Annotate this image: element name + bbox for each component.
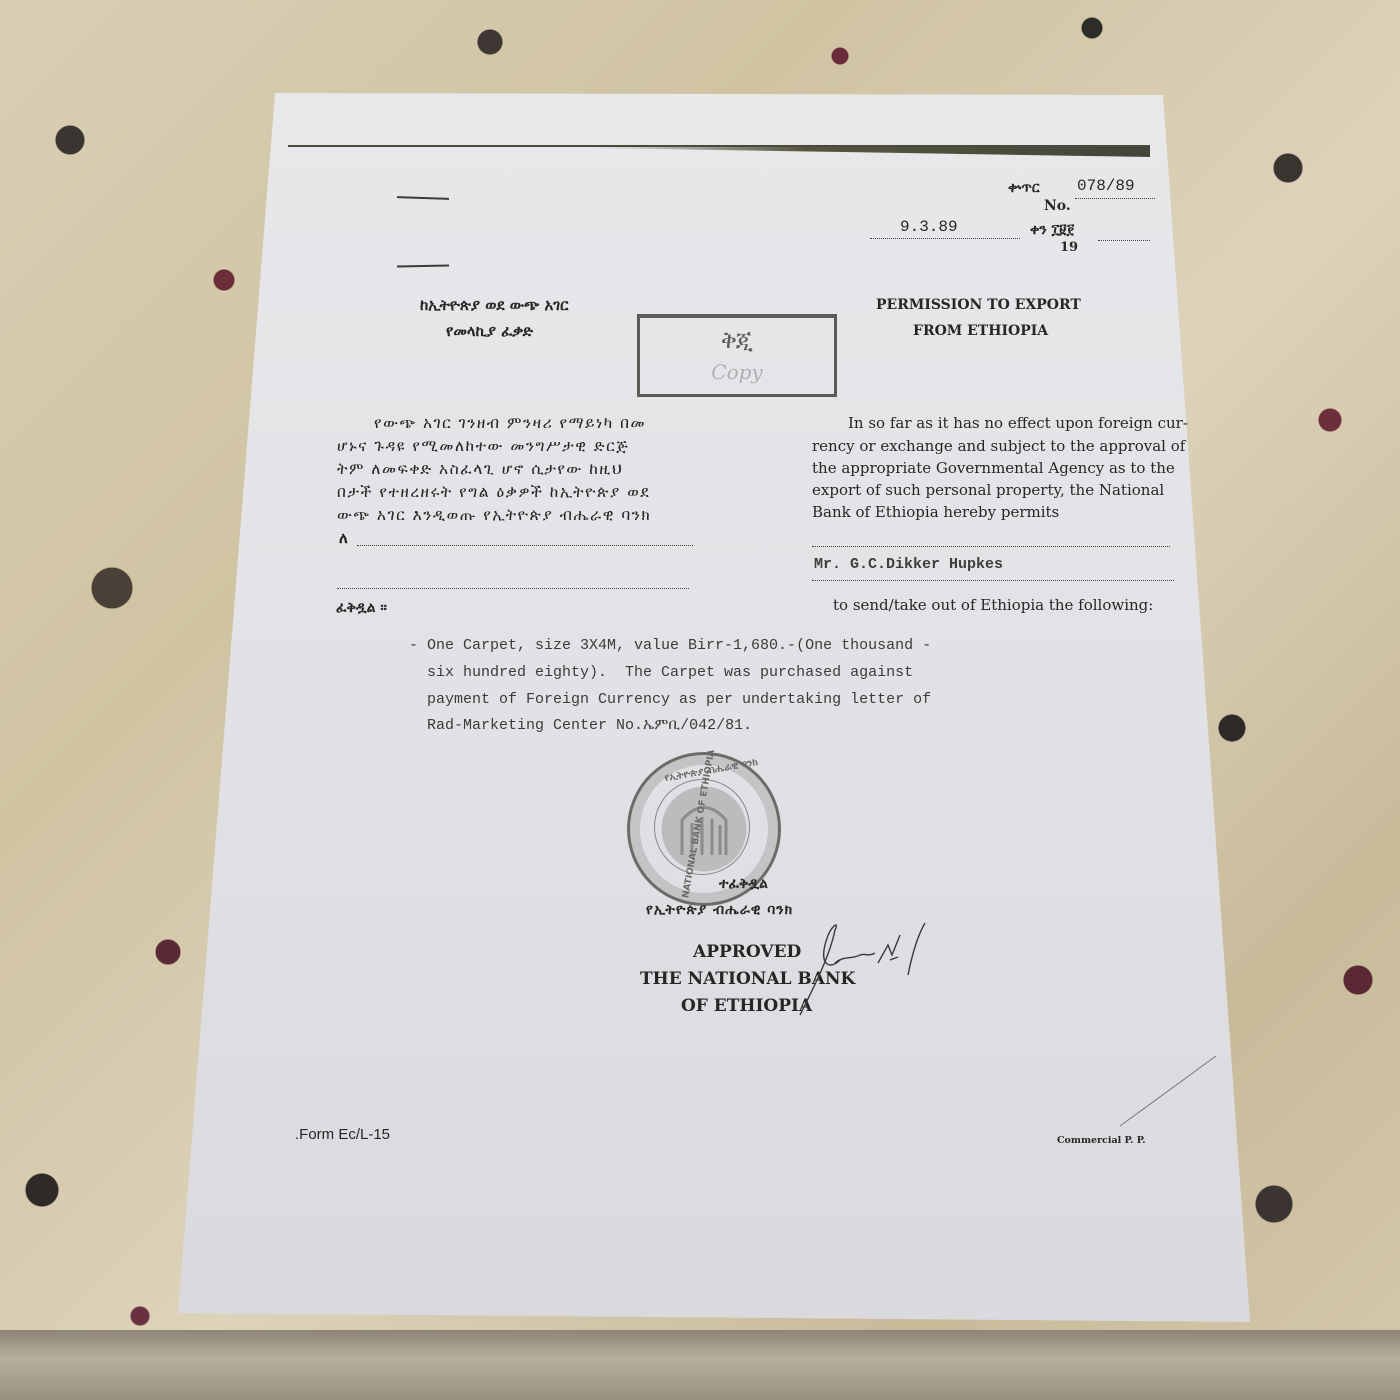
amharic-body-line-1: የውጭ አገር ገንዘብ ምንዛሪ የማይነካ በመ bbox=[374, 412, 646, 435]
address-dash-1 bbox=[397, 196, 449, 200]
item-line-1: - One Carpet, size 3X4M, value Birr-1,68… bbox=[409, 633, 931, 660]
title-english-line-1: PERMISSION TO EXPORT bbox=[876, 297, 1081, 313]
approval-amharic-line-2: የኢትዮጵያ ብሔራዊ ባንክ bbox=[646, 902, 793, 918]
date-year-line bbox=[1098, 240, 1150, 241]
ref-label-amharic: ቍጥር bbox=[1008, 180, 1040, 196]
ref-label-english: No. bbox=[1044, 198, 1071, 214]
printer-credit: Commercial P. P. bbox=[1057, 1135, 1146, 1146]
copy-stamp-faded: Copy bbox=[640, 360, 834, 384]
seal-emblem-icon bbox=[674, 795, 734, 865]
english-body-line-2: rency or exchange and subject to the app… bbox=[812, 435, 1185, 457]
export-permission-document: ቍጥር 078/89 No. 9.3.89 ቀን ፲፱፻ 19 ከኢትዮጵያ ወ… bbox=[0, 0, 1400, 1400]
item-line-3: payment of Foreign Currency as per under… bbox=[409, 687, 931, 714]
date-line bbox=[870, 238, 1020, 239]
date-label-english: 19 bbox=[1060, 240, 1078, 255]
amharic-permits-label: ፈቅዷል ። bbox=[336, 600, 387, 616]
title-amharic-line-1: ከኢትዮጵያ ወደ ውጭ አገር bbox=[420, 296, 568, 314]
item-line-2: six hundred eighty). The Carpet was purc… bbox=[409, 660, 913, 687]
permittee-line-top bbox=[812, 546, 1170, 547]
english-body-line-4: export of such personal property, the Na… bbox=[812, 479, 1164, 501]
title-english-line-2: FROM ETHIOPIA bbox=[913, 323, 1048, 339]
amharic-name-line-1 bbox=[357, 545, 693, 546]
address-dash-2 bbox=[397, 265, 449, 268]
english-body-line-5: Bank of Ethiopia hereby permits bbox=[812, 501, 1059, 523]
ref-number-line bbox=[1075, 198, 1155, 199]
date-value: 9.3.89 bbox=[900, 218, 958, 236]
approval-english-line-1: APPROVED bbox=[693, 942, 801, 962]
title-amharic-line-2: የመላኪያ ፈቃድ bbox=[446, 322, 533, 340]
signature-mark bbox=[790, 915, 940, 1025]
copy-stamp-amharic: ቅጂ bbox=[640, 326, 834, 354]
copy-stamp-box: ቅጂ Copy bbox=[637, 314, 837, 397]
amharic-body-line-5: ውጭ አገር እንዲወጡ የኢትዮጵያ ብሔራዊ ባንክ bbox=[337, 504, 651, 527]
approval-amharic-line-1: ተፈቅዷል bbox=[719, 876, 768, 892]
english-body-line-3: the appropriate Governmental Agency as t… bbox=[812, 457, 1175, 479]
amharic-body-line-4: በታች የተዘረዘሩት የግል ዕቃዎች ከኢትዮጵያ ወደ bbox=[337, 481, 650, 504]
following-label: to send/take out of Ethiopia the followi… bbox=[833, 596, 1153, 614]
pencil-tick-mark bbox=[1118, 1054, 1218, 1129]
amharic-name-line-2 bbox=[337, 588, 689, 589]
date-label-amharic: ቀን ፲፱፻ bbox=[1030, 222, 1074, 238]
amharic-to-label: ለ bbox=[339, 529, 348, 547]
amharic-body-line-3: ትም ለመፍቀድ አስፈላጊ ሆኖ ሲታየው ከዚህ bbox=[337, 458, 623, 481]
permittee-name: Mr. G.C.Dikker Hupkes bbox=[814, 556, 1003, 573]
header-rule bbox=[288, 145, 1150, 157]
form-number: .Form Ec/L-15 bbox=[295, 1126, 390, 1143]
ref-number: 078/89 bbox=[1077, 177, 1135, 195]
item-line-4: Rad-Marketing Center No.ኤምቢ/042/81. bbox=[409, 713, 752, 740]
permittee-line-bottom bbox=[812, 580, 1174, 581]
amharic-body-line-2: ሆኑና ጉዳዩ የሚመለከተው መንግሥታዊ ድርጅ bbox=[337, 435, 629, 458]
english-body-line-1: In so far as it has no effect upon forei… bbox=[848, 412, 1188, 434]
